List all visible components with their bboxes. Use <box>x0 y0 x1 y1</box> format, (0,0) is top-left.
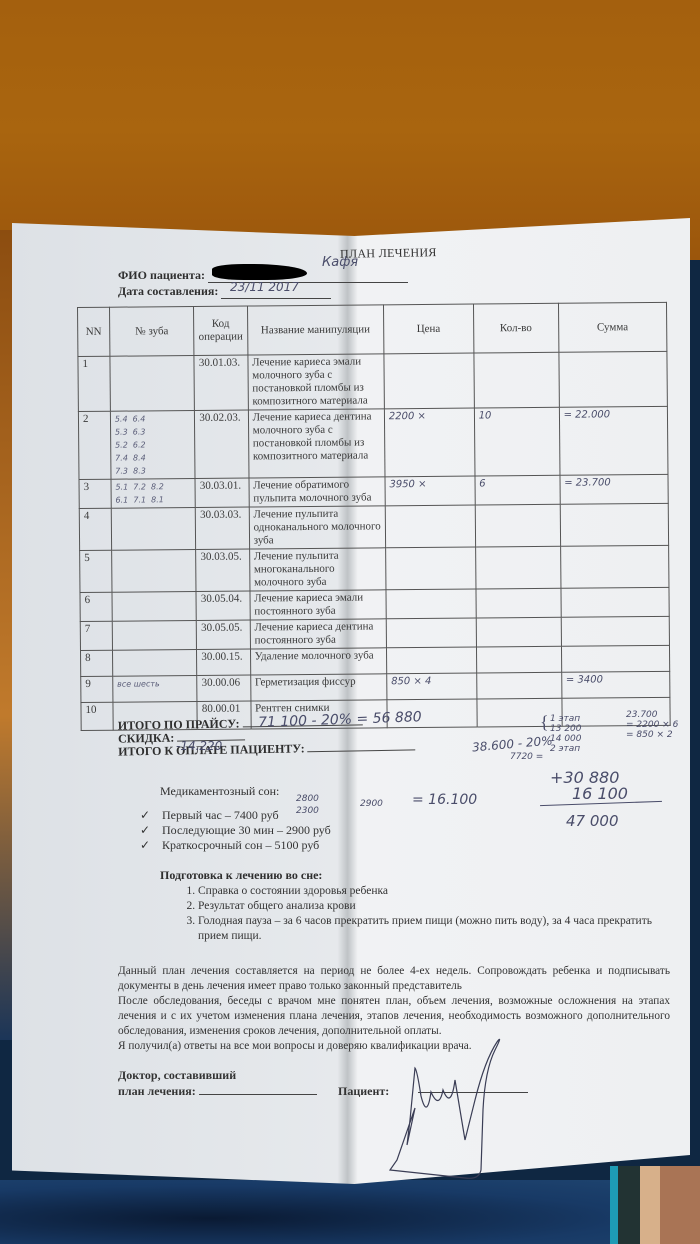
treatment-plan-document: ПЛАН ЛЕЧЕНИЯ ФИО пациента: Кафя Дата сос… <box>0 0 700 1244</box>
header-sum: Сумма <box>558 302 667 352</box>
sum-cell <box>561 645 670 672</box>
operation-code: 30.00.06 <box>197 675 251 701</box>
doctor-signature-label-1: Доктор, составивший <box>118 1068 236 1083</box>
doctor-signature-field: план лечения: <box>118 1084 317 1099</box>
row-number: 4 <box>79 508 111 550</box>
quantity-cell <box>476 617 561 647</box>
tooth-numbers: 5.4 6.4 5.3 6.3 5.2 6.2 7.4 8.4 7.3 8.3 <box>110 410 195 479</box>
doctor-signature-label-2: план лечения: <box>118 1084 196 1098</box>
treatment-table: NN № зуба Код операции Название манипуля… <box>77 302 671 731</box>
patient-name-label: ФИО пациента: <box>118 268 205 282</box>
preparation-title: Подготовка к лечению во сне: <box>160 868 322 883</box>
preparation-item: Голодная пауза – за 6 часов прекратить п… <box>198 914 668 944</box>
quantity-cell: 6 <box>475 475 560 505</box>
table-row: 130.01.03.Лечение кариеса эмали молочног… <box>78 351 667 411</box>
price-cell <box>386 589 476 619</box>
sum-mid-handwritten: 16 100 <box>572 784 628 803</box>
sum-cell: = 3400 <box>561 671 670 698</box>
operation-code: 30.03.05. <box>196 549 250 591</box>
table-header-row: NN № зуба Код операции Название манипуля… <box>78 302 667 356</box>
row-number: 6 <box>80 592 112 621</box>
tooth-numbers: все шесть <box>113 675 198 702</box>
margin-calc-right-item: = 850 × 2 <box>626 730 678 740</box>
row-number: 1 <box>78 356 110 411</box>
price-cell <box>386 647 476 674</box>
table-row: 430.03.03.Лечение пульпита одноканальног… <box>79 503 668 550</box>
sum-cell <box>559 351 668 407</box>
procedure-name: Удаление молочного зуба <box>250 648 386 675</box>
preparation-item: Справка о состоянии здоровья ребенка <box>198 884 668 899</box>
preparation-item: Результат общего анализа крови <box>198 899 668 914</box>
quantity-cell <box>474 352 559 408</box>
margin-calc-right-item: 23.700 <box>626 710 678 720</box>
tooth-numbers <box>112 649 197 676</box>
row-number: 10 <box>81 702 113 730</box>
tooth-numbers <box>112 591 197 621</box>
margin-calc-item: 13 200 <box>550 724 582 734</box>
quantity-cell <box>475 546 560 589</box>
procedure-name: Лечение кариеса дентина постоянного зуба <box>250 619 386 649</box>
procedure-name: Лечение пульпита одноканального молочног… <box>249 506 386 549</box>
operation-code: 30.05.04. <box>196 591 250 620</box>
procedure-name: Лечение обратимого пульпита молочного зу… <box>249 477 385 507</box>
row-number: 7 <box>80 621 112 650</box>
row-number: 9 <box>81 676 113 702</box>
sedation-item: ✓Краткосрочный сон – 5100 руб <box>140 838 331 853</box>
procedure-name: Лечение кариеса эмали молочного зуба с п… <box>248 354 385 410</box>
sum-total-handwritten: 47 000 <box>566 812 619 830</box>
operation-code: 30.03.03. <box>196 507 250 549</box>
header-qty: Кол-во <box>473 303 558 353</box>
header-price: Цена <box>383 304 473 354</box>
tooth-numbers <box>111 549 196 592</box>
patient-name-handwritten: Кафя <box>322 255 358 270</box>
sum-cell <box>561 587 670 617</box>
margin-calc-b: 7720 = <box>510 752 543 762</box>
date-handwritten: 23/11 2017 <box>230 280 299 294</box>
patient-signature-scribble <box>385 1030 525 1180</box>
procedure-name: Герметизация фиссур <box>250 674 386 701</box>
margin-calc-right-item: = 2200 × 6 <box>626 720 678 730</box>
price-cell <box>386 618 476 648</box>
table-row: 530.03.05.Лечение пульпита многоканально… <box>80 545 669 592</box>
operation-code: 30.03.01. <box>195 478 249 507</box>
quantity-cell <box>475 504 560 547</box>
tooth-numbers: 5.1 7.2 8.2 6.1 7.1 8.1 <box>111 478 196 508</box>
procedure-name: Лечение пульпита многоканального молочно… <box>249 548 386 591</box>
sedation-item: ✓Последующие 30 мин – 2900 руб <box>140 823 331 838</box>
date-field: Дата составления: <box>118 284 331 299</box>
quantity-cell <box>476 588 561 618</box>
quantity-cell <box>476 672 561 699</box>
sedation-item: ✓Первый час – 7400 руб <box>140 808 331 823</box>
header-code: Код операции <box>194 306 248 355</box>
operation-code: 30.02.03. <box>195 410 249 478</box>
sum-cell: = 22.000 <box>559 406 668 475</box>
procedure-name: Лечение кариеса эмали постоянного зуба <box>250 590 386 620</box>
price-cell <box>385 505 475 548</box>
total-to-pay: ИТОГО К ОПЛАТЕ ПАЦИЕНТУ: <box>118 740 416 758</box>
sleep-calc-a: 2800 <box>296 794 319 804</box>
margin-calc-item: 14 000 <box>550 734 582 744</box>
price-cell <box>384 353 474 409</box>
operation-code: 30.05.05. <box>197 620 251 649</box>
date-label: Дата составления: <box>118 284 218 298</box>
operation-code: 30.00.15. <box>197 649 251 675</box>
quantity-cell: 10 <box>474 407 560 476</box>
header-tooth: № зуба <box>109 306 194 356</box>
row-number: 3 <box>79 479 111 508</box>
sedation-list: ✓Первый час – 7400 руб ✓Последующие 30 м… <box>140 808 331 853</box>
preparation-list: Справка о состоянии здоровья ребенка Рез… <box>176 884 668 944</box>
sum-cell <box>560 545 669 588</box>
row-number: 2 <box>78 411 110 479</box>
checkmark-icon: ✓ <box>140 838 162 853</box>
row-number: 8 <box>80 650 112 676</box>
sum-cell <box>560 503 669 546</box>
row-number: 5 <box>80 550 112 592</box>
redacted-patient-name <box>212 264 307 280</box>
sedation-title: Медикаментозный сон: <box>160 784 279 799</box>
price-cell: 2200 × <box>384 408 474 477</box>
patient-signature-label: Пациент: <box>338 1084 389 1099</box>
procedure-name: Лечение кариеса дентина молочного зуба с… <box>248 409 385 478</box>
margin-calc-item: 2 этап <box>550 744 582 754</box>
quantity-cell <box>476 646 561 673</box>
header-nn: NN <box>78 307 110 356</box>
margin-brace: { <box>540 712 549 733</box>
tooth-numbers <box>110 355 195 411</box>
checkmark-icon: ✓ <box>140 808 162 823</box>
table-row: 25.4 6.4 5.3 6.3 5.2 6.2 7.4 8.4 7.3 8.3… <box>78 406 668 479</box>
price-cell <box>386 547 476 590</box>
tooth-numbers <box>111 507 196 550</box>
header-name: Название манипуляции <box>247 305 384 355</box>
tooth-numbers <box>112 620 197 650</box>
sleep-calc-c: 2900 <box>360 799 383 809</box>
margin-calc-item: 1 этап <box>550 714 582 724</box>
checkmark-icon: ✓ <box>140 823 162 838</box>
discount-handwritten: -14.220 <box>176 739 222 753</box>
operation-code: 30.01.03. <box>194 355 248 410</box>
price-cell: 850 × 4 <box>387 673 477 700</box>
sleep-calc-result: = 16.100 <box>412 792 477 808</box>
margin-calc-right: 23.700= 2200 × 6= 850 × 2 <box>626 710 678 740</box>
margin-calc-list: 1 этап13 20014 0002 этап <box>550 714 582 754</box>
sum-cell <box>561 616 670 646</box>
price-cell: 3950 × <box>385 476 475 506</box>
disclaimer-paragraph: Данный план лечения составляется на пери… <box>118 964 670 994</box>
sum-cell: = 23.700 <box>560 474 669 504</box>
